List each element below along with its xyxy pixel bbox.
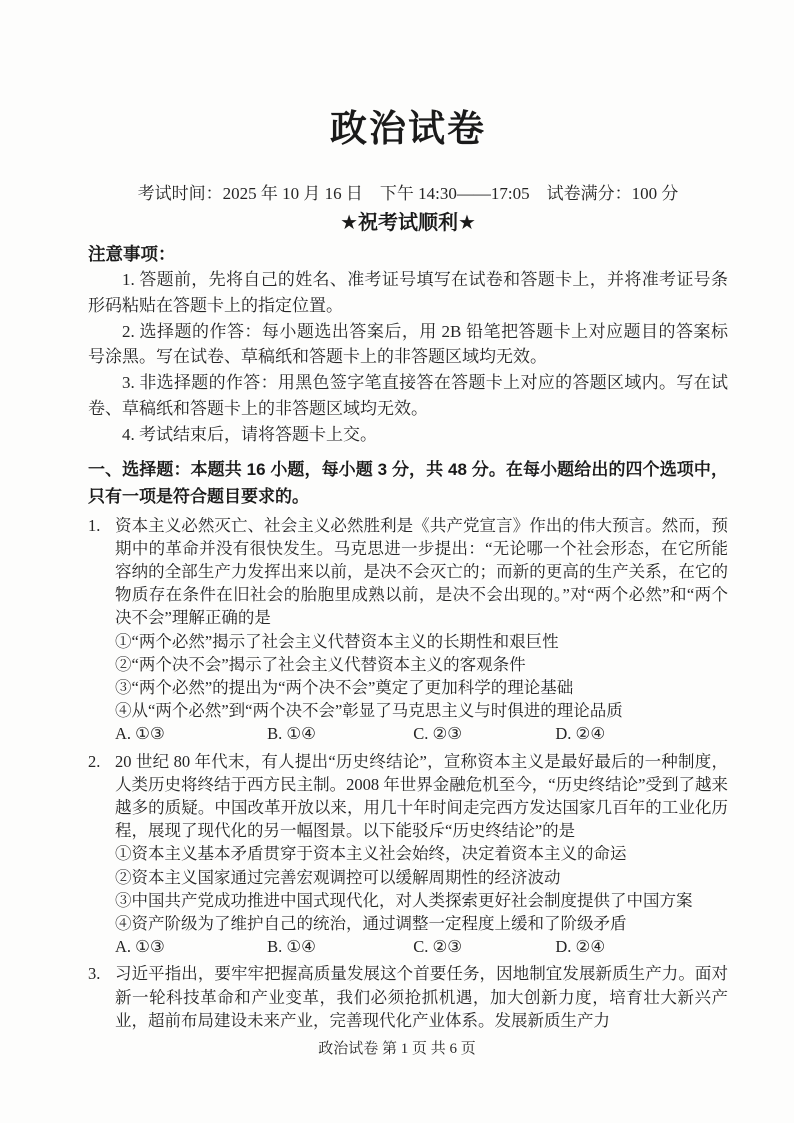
question-stem: 习近平指出，要牢牢把握高质量发展这个首要任务，因地制宜发展新质生产力。面对新一轮… — [115, 962, 728, 1032]
notice-title: 注意事项： — [88, 241, 728, 267]
question-statement: ④从“两个必然”到“两个决不会”彰显了马克思主义与时俱进的理论品质 — [115, 699, 728, 722]
question-stem: 20 世纪 80 年代末，有人提出“历史终结论”，宣称资本主义是最好最后的一种制… — [115, 750, 728, 843]
page-content: 政治试卷 考试时间：2025 年 10 月 16 日 下午 14:30——17:… — [88, 110, 728, 1036]
question-statement: ①“两个必然”揭示了社会主义代替资本主义的长期性和艰巨性 — [115, 630, 728, 653]
choice-b: B. ①④ — [267, 722, 409, 745]
question-3: 3. 习近平指出，要牢牢把握高质量发展这个首要任务，因地制宜发展新质生产力。面对… — [88, 962, 728, 1032]
answer-choices-row: A. ①③ B. ①④ C. ②③ D. ②④ — [115, 722, 728, 745]
choice-c: C. ②③ — [413, 935, 551, 958]
question-statement: ③“两个必然”的提出为“两个决不会”奠定了更加科学的理论基础 — [115, 676, 728, 699]
choice-c: C. ②③ — [413, 722, 551, 745]
notice-item: 2. 选择题的作答：每小题选出答案后，用 2B 铅笔把答题卡上对应题目的答案标号… — [88, 319, 728, 371]
answer-choices-row: A. ①③ B. ①④ C. ②③ D. ②④ — [115, 935, 728, 958]
question-body: 习近平指出，要牢牢把握高质量发展这个首要任务，因地制宜发展新质生产力。面对新一轮… — [115, 962, 728, 1032]
question-1: 1. 资本主义必然灭亡、社会主义必然胜利是《共产党宣言》作出的伟大预言。然而，预… — [88, 514, 728, 746]
question-number: 1. — [88, 514, 115, 746]
choice-d: D. ②④ — [555, 722, 605, 745]
notice-item: 4. 考试结束后，请将答题卡上交。 — [88, 422, 728, 448]
page-footer: 政治试卷 第 1 页 共 6 页 — [0, 1038, 794, 1060]
question-stem: 资本主义必然灭亡、社会主义必然胜利是《共产党宣言》作出的伟大预言。然而，预期中的… — [115, 514, 728, 630]
question-number: 3. — [88, 962, 115, 1032]
section-header-multiple-choice: 一、选择题：本题共 16 小题，每小题 3 分，共 48 分。在每小题给出的四个… — [88, 456, 728, 510]
choice-d: D. ②④ — [555, 935, 605, 958]
question-body: 资本主义必然灭亡、社会主义必然胜利是《共产党宣言》作出的伟大预言。然而，预期中的… — [115, 514, 728, 746]
question-body: 20 世纪 80 年代末，有人提出“历史终结论”，宣称资本主义是最好最后的一种制… — [115, 750, 728, 959]
exam-info-line: 考试时间：2025 年 10 月 16 日 下午 14:30——17:05 试卷… — [88, 182, 728, 206]
notice-item: 3. 非选择题的作答：用黑色签字笔直接答在答题卡上对应的答题区域内。写在试卷、草… — [88, 370, 728, 422]
page-title: 政治试卷 — [88, 110, 728, 150]
question-statement: ④资产阶级为了维护自己的统治，通过调整一定程度上缓和了阶级矛盾 — [115, 912, 728, 935]
question-statement: ②“两个决不会”揭示了社会主义代替资本主义的客观条件 — [115, 653, 728, 676]
question-number: 2. — [88, 750, 115, 959]
question-2: 2. 20 世纪 80 年代末，有人提出“历史终结论”，宣称资本主义是最好最后的… — [88, 750, 728, 959]
exam-paper-page: 政治试卷 考试时间：2025 年 10 月 16 日 下午 14:30——17:… — [0, 0, 794, 1123]
choice-a: A. ①③ — [115, 722, 263, 745]
choice-b: B. ①④ — [267, 935, 409, 958]
question-statement: ②资本主义国家通过完善宏观调控可以缓解周期性的经济波动 — [115, 866, 728, 889]
notice-item: 1. 答题前，先将自己的姓名、准考证号填写在试卷和答题卡上，并将准考证号条形码粘… — [88, 267, 728, 319]
question-statement: ③中国共产党成功推进中国式现代化，对人类探索更好社会制度提供了中国方案 — [115, 889, 728, 912]
choice-a: A. ①③ — [115, 935, 263, 958]
exam-wish-line: ★祝考试顺利★ — [88, 210, 728, 236]
question-statement: ①资本主义基本矛盾贯穿于资本主义社会始终，决定着资本主义的命运 — [115, 842, 728, 865]
